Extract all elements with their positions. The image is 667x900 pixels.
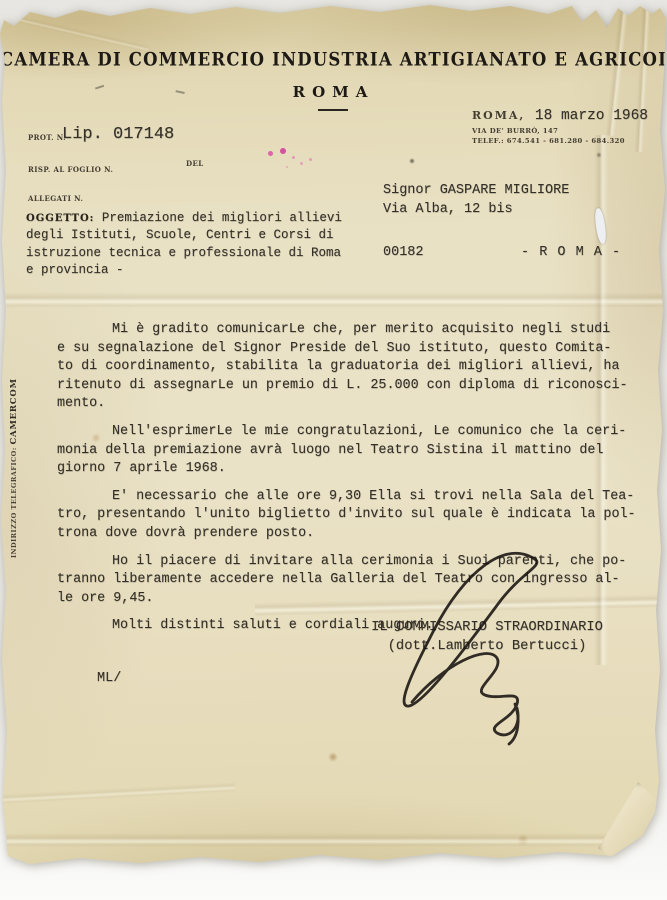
recipient-block: Signor GASPARE MIGLIORE Via Alba, 12 bis… [383,181,633,260]
date-value: 18 marzo 1968 [535,108,648,124]
typist-initials: ML/ [97,671,121,686]
subject-line: istruzione tecnica e professionale di Ro… [26,245,356,262]
body-paragraph: Ho il piacere di invitare alla cerimonia… [57,553,649,609]
subject-block: OGGETTO: Premiazione dei migliori alliev… [26,210,356,280]
crease-bottom-left [0,782,235,804]
letterhead-org-title: CAMERA DI COMMERCIO INDUSTRIA ARTIGIANAT… [0,49,667,70]
attachments-label: ALLEGATI N. [28,194,83,203]
subject-label: OGGETTO: [26,213,94,224]
date-city-label: ROMA, [472,109,525,122]
reply-to-sheet-label: RISP. AL FOGLIO N. [28,165,113,174]
letter-body: Mi è gradito comunicarLe che, per merito… [57,321,649,645]
letterhead-phones: TELEF.: 674.541 - 681.280 - 684.320 [472,137,648,145]
protocol-number-label: PROT. N. [28,133,66,142]
crease-top-left [1,11,149,53]
scanned-letter: CAMERA DI COMMERCIO INDUSTRIA ARTIGIANAT… [0,0,667,900]
body-paragraph: E' necessario che alle ore 9,30 Ella si … [57,488,649,544]
body-paragraph: Nell'esprimerLe le mie congratulazioni, … [57,423,649,479]
subject-line: degli Istituti, Scuole, Centri e Corsi d… [26,227,356,244]
signer-title: IL COMMISSARIO STRAORDINARIO [352,618,622,637]
signer-name: (dott.Lamberto Bertucci) [352,637,622,656]
body-paragraph: Mi è gradito comunicarLe che, per merito… [57,321,649,414]
recipient-name: Signor GASPARE MIGLIORE [383,181,633,200]
city-underline [318,109,348,111]
telegraph-name: CAMERCOM [9,378,19,444]
date-block: ROMA, 18 marzo 1968 VIA DE' BURRÒ, 147 T… [472,106,648,145]
folded-corner [598,782,667,874]
recipient-city: - R O M A - [521,245,621,260]
recipient-postal-code: 00182 [383,245,424,260]
protocol-number-value: Lip. 017148 [62,125,174,144]
subject-line: e provincia - [26,262,356,279]
fold-crease-horizontal-upper [0,292,667,308]
signature-block: IL COMMISSARIO STRAORDINARIO (dott.Lambe… [352,618,622,656]
recipient-street: Via Alba, 12 bis [383,200,633,219]
paper-sheet: CAMERA DI COMMERCIO INDUSTRIA ARTIGIANAT… [0,0,667,900]
telegraph-address: INDIRIZZO TELEGRAFICO: CAMERCOM [9,388,19,558]
protocol-block: PROT. N. Lip. 017148 RISP. AL FOGLIO N. … [28,127,308,206]
subject-first-line: Premiazione dei migliori allievi [102,211,342,225]
telegraph-label: INDIRIZZO TELEGRAFICO: [10,447,18,558]
del-label: DEL [186,159,204,168]
letterhead-city: ROMA [0,83,667,101]
letterhead-street: VIA DE' BURRÒ, 147 [472,127,648,135]
fold-crease-bottom [0,833,667,847]
